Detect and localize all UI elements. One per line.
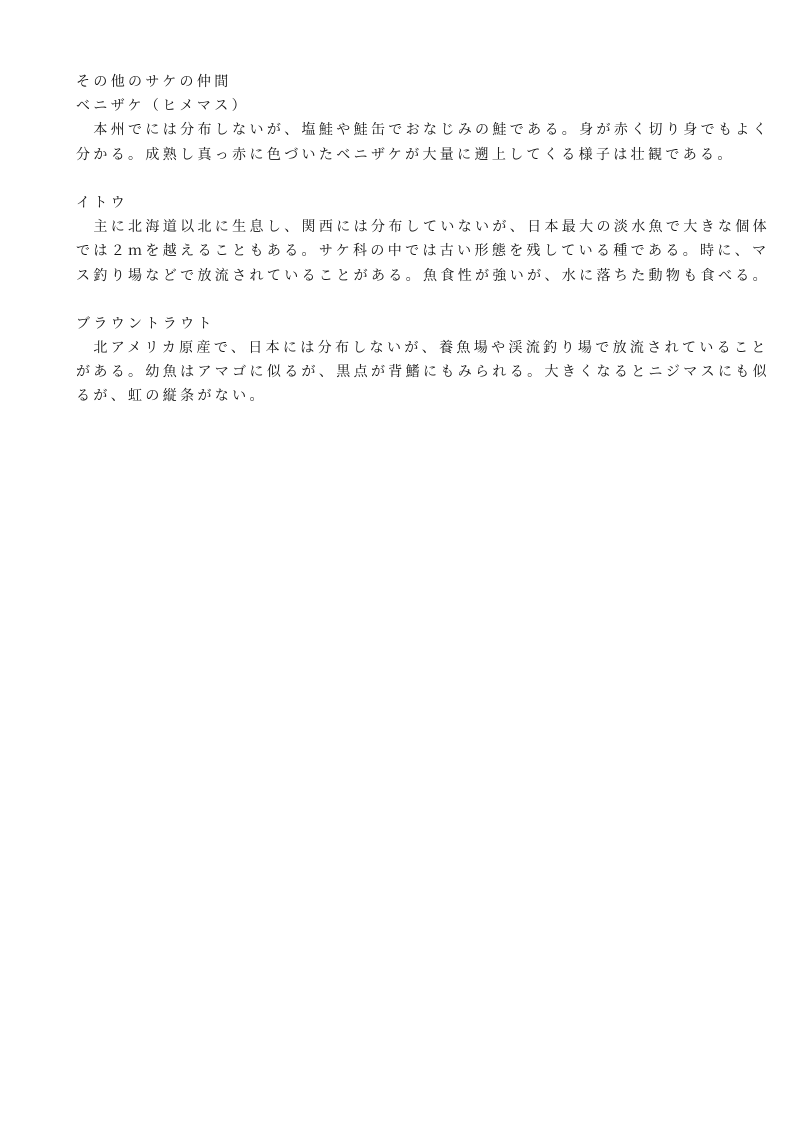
paragraph-line: るが、虹の縦条がない。 bbox=[76, 384, 726, 408]
paragraph-line: では２ｍを越えることもある。サケ科の中では古い形態を残している種である。時に、マ bbox=[76, 239, 726, 263]
section-benizake: ベニザケ（ヒメマス） 本州でには分布しないが、塩鮭や鮭缶でおなじみの鮭である。身… bbox=[76, 94, 726, 167]
paragraph-line: がある。幼魚はアマゴに似るが、黒点が背鰭にもみられる。大きくなるとニジマスにも似 bbox=[76, 360, 726, 384]
document-title: その他のサケの仲間 bbox=[76, 70, 726, 94]
section-brown-trout: ブラウントラウト 北アメリカ原産で、日本には分布しないが、養魚場や渓流釣り場で放… bbox=[76, 312, 726, 409]
paragraph-line: ス釣り場などで放流されていることがある。魚食性が強いが、水に落ちた動物も食べる。 bbox=[76, 264, 726, 288]
section-heading: ベニザケ（ヒメマス） bbox=[76, 94, 726, 118]
blank-line bbox=[76, 167, 726, 191]
paragraph-line: 本州でには分布しないが、塩鮭や鮭缶でおなじみの鮭である。身が赤く切り身でもよく bbox=[76, 118, 726, 142]
paragraph-line: 北アメリカ原産で、日本には分布しないが、養魚場や渓流釣り場で放流されていること bbox=[76, 336, 726, 360]
section-itou: イトウ 主に北海道以北に生息し、関西には分布していないが、日本最大の淡水魚で大き… bbox=[76, 191, 726, 288]
document-page: その他のサケの仲間 ベニザケ（ヒメマス） 本州でには分布しないが、塩鮭や鮭缶でお… bbox=[76, 70, 726, 409]
blank-line bbox=[76, 288, 726, 312]
paragraph-line: 分かる。成熟し真っ赤に色づいたベニザケが大量に遡上してくる様子は壮観である。 bbox=[76, 143, 726, 167]
section-heading: ブラウントラウト bbox=[76, 312, 726, 336]
section-heading: イトウ bbox=[76, 191, 726, 215]
paragraph-line: 主に北海道以北に生息し、関西には分布していないが、日本最大の淡水魚で大きな個体 bbox=[76, 215, 726, 239]
